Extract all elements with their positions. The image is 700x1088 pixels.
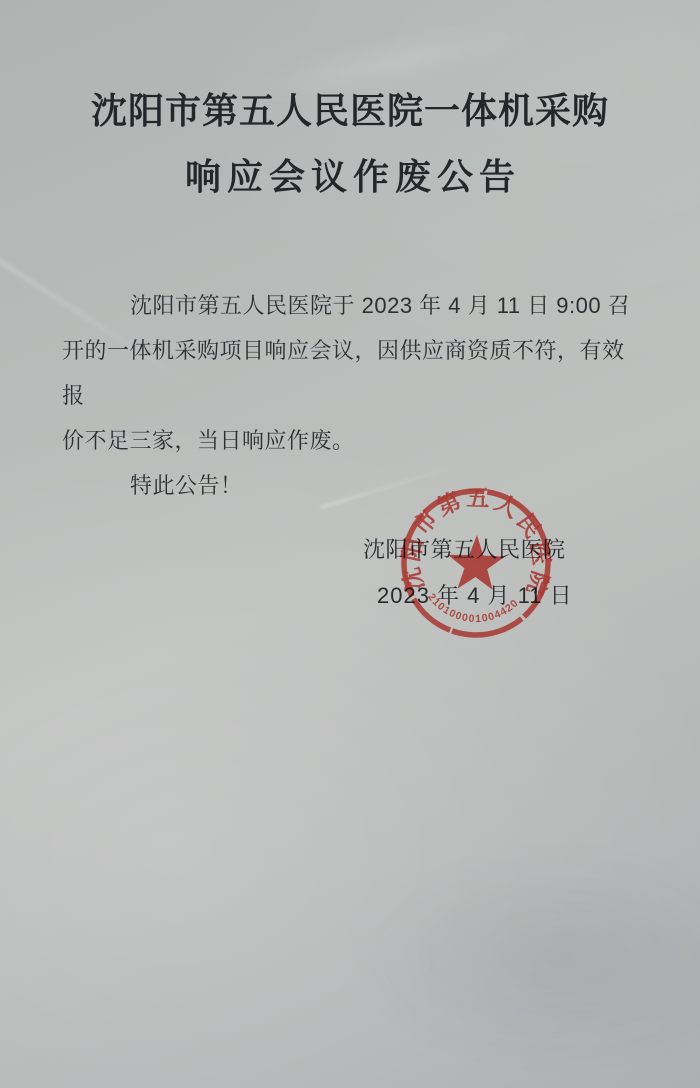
notice-body: 沈阳市第五人民医院于 2023 年 4 月 11 日 9:00 召 开的一体机采…: [62, 283, 642, 508]
notice-title-line1: 沈阳市第五人民医院一体机采购: [0, 90, 700, 131]
official-seal-stamp: 沈阳市第五人民医院 210100001004420: [388, 475, 564, 651]
seal-serial-number: 210100001004420: [424, 591, 521, 627]
body-line: 开的一体机采购项目响应会议，因供应商资质不符，有效报: [62, 328, 642, 418]
svg-text:210100001004420: 210100001004420: [424, 591, 521, 627]
seal-star-icon: [447, 534, 506, 590]
notice-title-line2: 响应会议作废公告: [0, 156, 700, 197]
paper-shadow: [350, 848, 700, 1068]
body-line: 价不足三家，当日响应作废。: [62, 418, 642, 463]
body-line: 沈阳市第五人民医院于 2023 年 4 月 11 日 9:00 召: [62, 283, 642, 328]
document-photo: 沈阳市第五人民医院一体机采购 响应会议作废公告 沈阳市第五人民医院于 2023 …: [0, 0, 700, 1088]
